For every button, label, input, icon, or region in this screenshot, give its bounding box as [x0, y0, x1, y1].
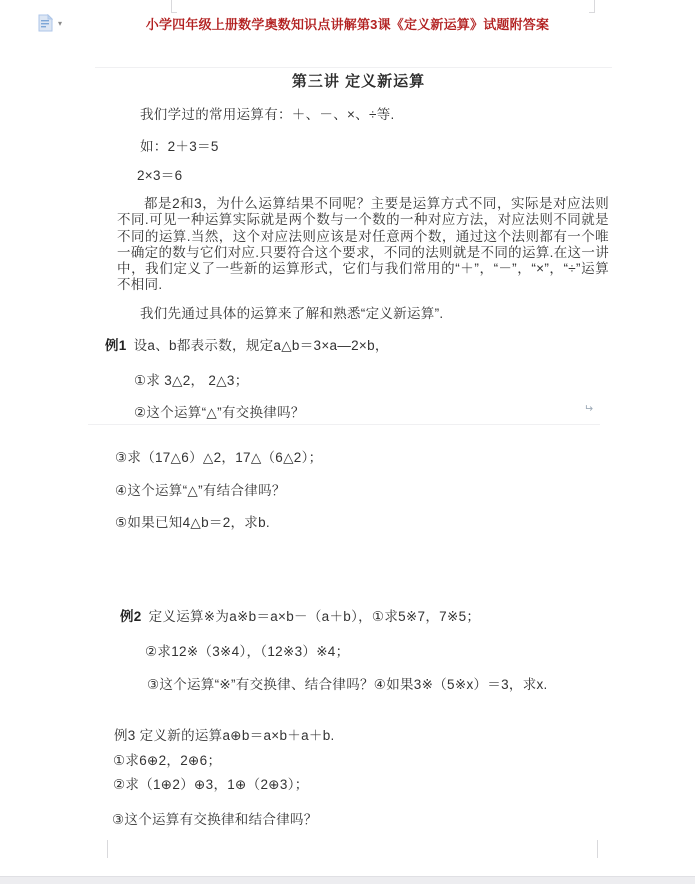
explanation-paragraph: 都是2和3，为什么运算结果不同呢？主要是运算方式不同，实际是对应法则不同.可见一… — [117, 196, 609, 294]
example3-q1: ①求6⊕2，2⊕6； — [113, 752, 221, 769]
document-page: ▾ 小学四年级上册数学奥数知识点讲解第3课《定义新运算》试题附答案 第三讲 定义… — [0, 0, 695, 884]
page-boundary-mark — [594, 0, 595, 12]
example1-label: 例1 — [105, 338, 127, 353]
intro-line: 我们学过的常用运算有：＋、－、×、÷等. — [140, 106, 395, 123]
example2-line: 例2定义运算※为a※b＝a×b－（a＋b），①求5※7，7※5； — [120, 608, 480, 625]
example3-line: 例3 定义新的运算a⊕b＝a×b＋a＋b. — [114, 727, 335, 744]
paragraph-return-icon: ↵ — [584, 402, 593, 415]
page-boundary-mark — [589, 12, 595, 13]
example3-label: 例3 — [114, 728, 136, 743]
example2-text: 定义运算※为a※b＝a×b－（a＋b），①求5※7，7※5； — [149, 609, 481, 624]
example1-q1: ①求 3△2， 2△3； — [134, 372, 249, 389]
example3-text: 定义新的运算a⊕b＝a×b＋a＋b. — [140, 728, 335, 743]
example1-q5: ⑤如果已知4△b＝2，求b. — [115, 514, 270, 531]
example1-line: 例1设a、b都表示数，规定a△b＝3×a—2×b， — [105, 337, 389, 354]
example1-q2: ②这个运算“△”有交换律吗？ — [134, 404, 305, 421]
page-header-title: 小学四年级上册数学奥数知识点讲解第3课《定义新运算》试题附答案 — [0, 14, 695, 33]
example-multiplication: 2×3＝6 — [137, 167, 182, 184]
lead-in-line: 我们先通过具体的运算来了解和熟悉“定义新运算”. — [140, 305, 443, 322]
page-gap — [0, 876, 695, 884]
page-boundary-mark — [171, 12, 177, 13]
text-boundary-line — [88, 424, 600, 425]
example2-q3: ③这个运算“※”有交换律、结合律吗？④如果3※（5※x）＝3，求x. — [147, 676, 548, 693]
example1-text: 设a、b都表示数，规定a△b＝3×a—2×b， — [134, 338, 389, 353]
lesson-title: 第三讲 定义新运算 — [117, 70, 600, 91]
page-boundary-mark — [597, 840, 598, 858]
example-addition: 如：2＋3＝5 — [140, 138, 219, 155]
example1-q4: ④这个运算“△”有结合律吗？ — [115, 482, 286, 499]
example2-q2: ②求12※（3※4），（12※3）※4； — [145, 643, 349, 660]
example1-q3: ③求（17△6）△2，17△（6△2）； — [115, 449, 322, 466]
page-boundary-mark — [171, 0, 172, 12]
example3-q2: ②求（1⊕2）⊕3，1⊕（2⊕3）； — [113, 776, 309, 793]
example2-label: 例2 — [120, 609, 142, 624]
text-boundary-line — [95, 67, 612, 68]
page-boundary-mark — [107, 840, 108, 858]
example3-q3: ③这个运算有交换律和结合律吗？ — [112, 811, 318, 828]
